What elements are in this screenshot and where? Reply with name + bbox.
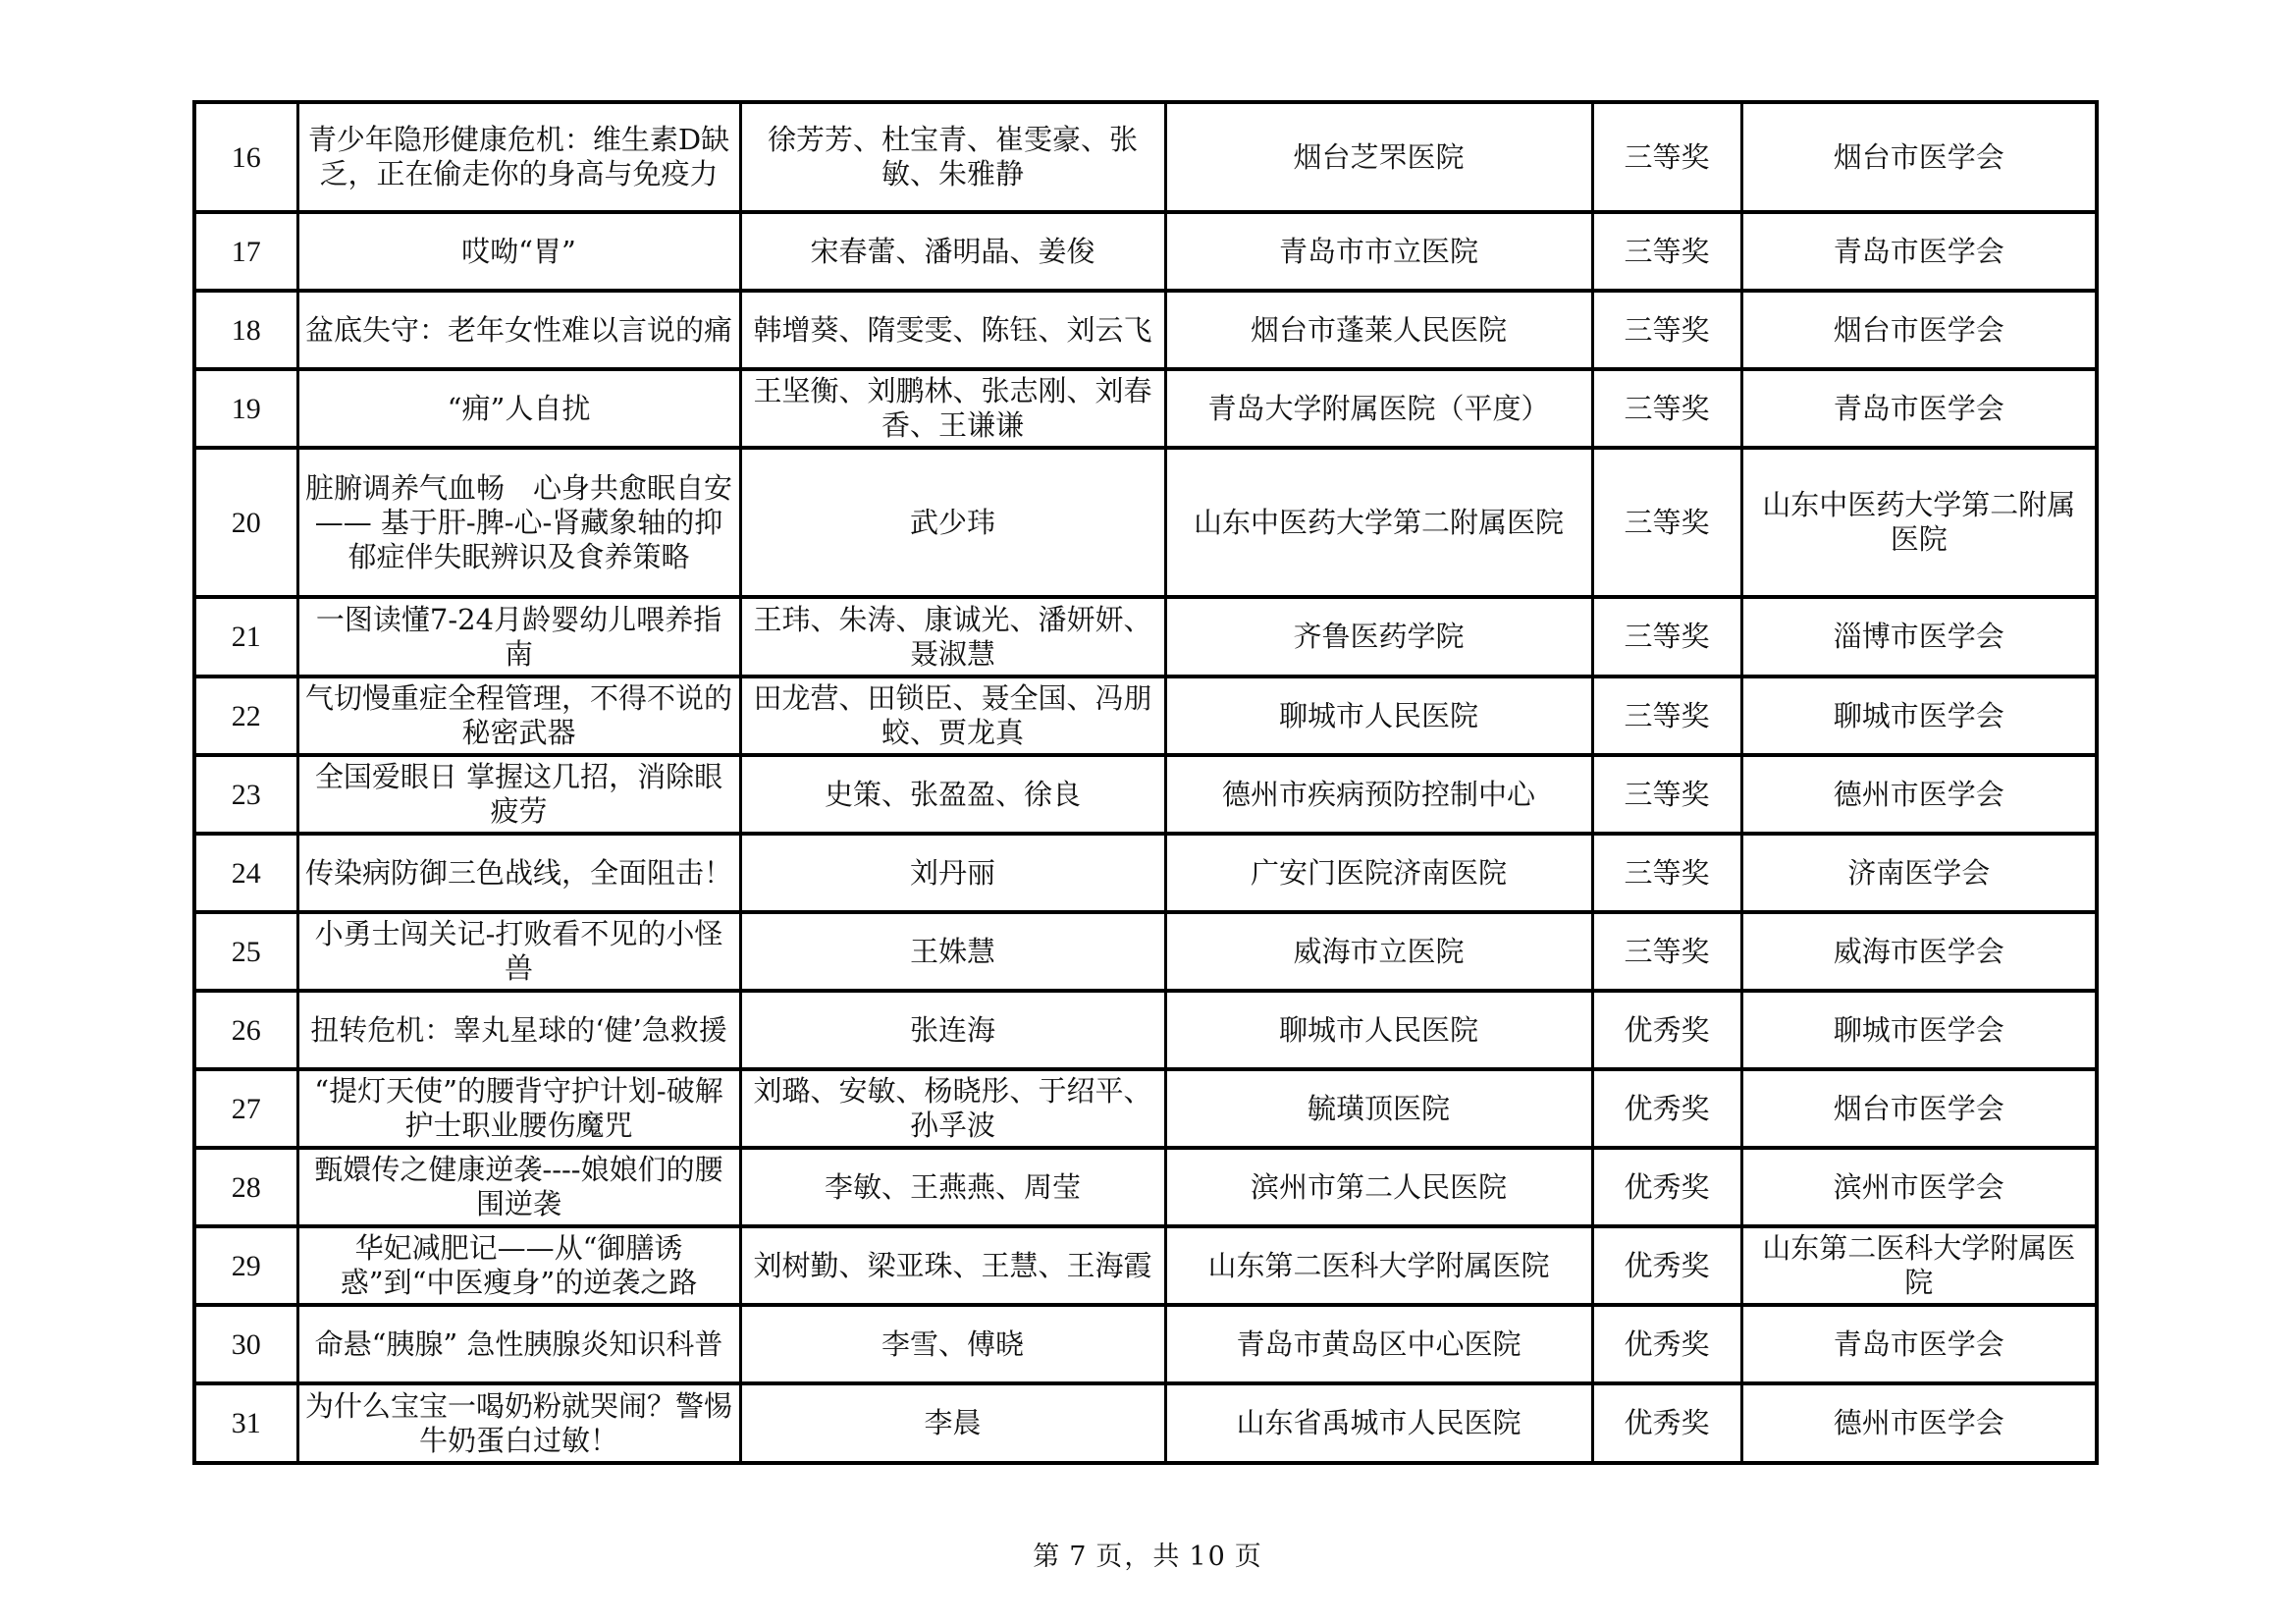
row-number: 17 [194,212,297,291]
organization: 德州市疾病预防控制中心 [1165,755,1592,834]
recommending-unit: 烟台市医学会 [1741,1069,2097,1148]
authors: 刘丹丽 [740,834,1165,912]
work-title: 传染病防御三色战线，全面阻击！ [297,834,740,912]
award-level: 优秀奖 [1592,1305,1741,1383]
recommending-unit: 烟台市医学会 [1741,102,2097,212]
row-number: 18 [194,291,297,369]
recommending-unit: 淄博市医学会 [1741,597,2097,677]
row-number: 28 [194,1148,297,1226]
organization: 山东省禹城市人民医院 [1165,1383,1592,1463]
authors: 张连海 [740,991,1165,1069]
award-level: 三等奖 [1592,448,1741,597]
row-number: 21 [194,597,297,677]
table-row: 24 传染病防御三色战线，全面阻击！ 刘丹丽 广安门医院济南医院 三等奖 济南医… [194,834,2097,912]
recommending-unit: 青岛市医学会 [1741,1305,2097,1383]
row-number: 31 [194,1383,297,1463]
organization: 齐鲁医药学院 [1165,597,1592,677]
organization: 山东第二医科大学附属医院 [1165,1226,1592,1305]
recommending-unit: 德州市医学会 [1741,755,2097,834]
work-title: 全国爱眼日 掌握这几招，消除眼疲劳 [297,755,740,834]
recommending-unit: 威海市医学会 [1741,912,2097,991]
organization: 广安门医院济南医院 [1165,834,1592,912]
work-title: 气切慢重症全程管理，不得不说的秘密武器 [297,677,740,755]
authors: 徐芳芳、杜宝青、崔雯豪、张敏、朱雅静 [740,102,1165,212]
total-pages-number: 10 [1189,1542,1226,1572]
authors: 刘璐、安敏、杨晓彤、于绍平、孙孚波 [740,1069,1165,1148]
award-level: 三等奖 [1592,212,1741,291]
page-footer: 第7页，共10页 [0,1540,2296,1575]
award-level: 优秀奖 [1592,1069,1741,1148]
table-row: 25 小勇士闯关记-打败看不见的小怪兽 王姝慧 威海市立医院 三等奖 威海市医学… [194,912,2097,991]
work-title: 为什么宝宝一喝奶粉就哭闹？警惕牛奶蛋白过敏！ [297,1383,740,1463]
award-level: 三等奖 [1592,677,1741,755]
table-row: 26 扭转危机：睾丸星球的‘健’急救援 张连海 聊城市人民医院 优秀奖 聊城市医… [194,991,2097,1069]
organization: 烟台芝罘医院 [1165,102,1592,212]
table-row: 31 为什么宝宝一喝奶粉就哭闹？警惕牛奶蛋白过敏！ 李晨 山东省禹城市人民医院 … [194,1383,2097,1463]
work-title: “痈”人自扰 [297,369,740,448]
page-suffix: 页 [1235,1542,1263,1572]
award-level: 三等奖 [1592,912,1741,991]
table-row: 30 命悬“胰腺” 急性胰腺炎知识科普 李雪、傅晓 青岛市黄岛区中心医院 优秀奖… [194,1305,2097,1383]
row-number: 23 [194,755,297,834]
authors: 宋春蕾、潘明晶、姜俊 [740,212,1165,291]
award-level: 优秀奖 [1592,1226,1741,1305]
organization: 烟台市蓬莱人民医院 [1165,291,1592,369]
award-level: 三等奖 [1592,755,1741,834]
award-level: 三等奖 [1592,834,1741,912]
recommending-unit: 聊城市医学会 [1741,677,2097,755]
authors: 李敏、王燕燕、周莹 [740,1148,1165,1226]
organization: 青岛市市立医院 [1165,212,1592,291]
table-row: 16 青少年隐形健康危机：维生素D缺乏，正在偷走你的身高与免疫力 徐芳芳、杜宝青… [194,102,2097,212]
row-number: 16 [194,102,297,212]
organization: 威海市立医院 [1165,912,1592,991]
award-level: 三等奖 [1592,597,1741,677]
table-row: 17 哎呦“胃” 宋春蕾、潘明晶、姜俊 青岛市市立医院 三等奖 青岛市医学会 [194,212,2097,291]
work-title: 哎呦“胃” [297,212,740,291]
organization: 青岛市黄岛区中心医院 [1165,1305,1592,1383]
organization: 滨州市第二人民医院 [1165,1148,1592,1226]
table-row: 27 “提灯天使”的腰背守护计划-破解护士职业腰伤魔咒 刘璐、安敏、杨晓彤、于绍… [194,1069,2097,1148]
table-row: 19 “痈”人自扰 王坚衡、刘鹏林、张志刚、刘春香、王谦谦 青岛大学附属医院（平… [194,369,2097,448]
work-title: 盆底失守：老年女性难以言说的痛 [297,291,740,369]
table-row: 18 盆底失守：老年女性难以言说的痛 韩增葵、隋雯雯、陈钰、刘云飞 烟台市蓬莱人… [194,291,2097,369]
row-number: 19 [194,369,297,448]
work-title: 一图读懂7-24月龄婴幼儿喂养指南 [297,597,740,677]
row-number: 22 [194,677,297,755]
organization: 聊城市人民医院 [1165,991,1592,1069]
recommending-unit: 山东第二医科大学附属医院 [1741,1226,2097,1305]
work-title: 华妃减肥记——从“御膳诱惑”到“中医瘦身”的逆袭之路 [297,1226,740,1305]
authors: 李雪、傅晓 [740,1305,1165,1383]
table-row: 20 脏腑调养气血畅 心身共愈眠自安—— 基于肝-脾-心-肾藏象轴的抑郁症伴失眠… [194,448,2097,597]
authors: 武少玮 [740,448,1165,597]
organization: 青岛大学附属医院（平度） [1165,369,1592,448]
recommending-unit: 烟台市医学会 [1741,291,2097,369]
row-number: 20 [194,448,297,597]
authors: 王坚衡、刘鹏林、张志刚、刘春香、王谦谦 [740,369,1165,448]
row-number: 27 [194,1069,297,1148]
award-level: 三等奖 [1592,369,1741,448]
table-row: 29 华妃减肥记——从“御膳诱惑”到“中医瘦身”的逆袭之路 刘树勤、梁亚珠、王慧… [194,1226,2097,1305]
work-title: 青少年隐形健康危机：维生素D缺乏，正在偷走你的身高与免疫力 [297,102,740,212]
organization: 山东中医药大学第二附属医院 [1165,448,1592,597]
work-title: “提灯天使”的腰背守护计划-破解护士职业腰伤魔咒 [297,1069,740,1148]
award-level: 三等奖 [1592,291,1741,369]
row-number: 24 [194,834,297,912]
recommending-unit: 济南医学会 [1741,834,2097,912]
authors: 刘树勤、梁亚珠、王慧、王海霞 [740,1226,1165,1305]
organization: 毓璜顶医院 [1165,1069,1592,1148]
table-row: 23 全国爱眼日 掌握这几招，消除眼疲劳 史策、张盈盈、徐良 德州市疾病预防控制… [194,755,2097,834]
table-row: 21 一图读懂7-24月龄婴幼儿喂养指南 王玮、朱涛、康诚光、潘妍妍、聂淑慧 齐… [194,597,2097,677]
recommending-unit: 青岛市医学会 [1741,369,2097,448]
current-page-number: 7 [1069,1542,1088,1572]
table-row: 22 气切慢重症全程管理，不得不说的秘密武器 田龙营、田锁臣、聂全国、冯朋蛟、贾… [194,677,2097,755]
authors: 史策、张盈盈、徐良 [740,755,1165,834]
authors: 李晨 [740,1383,1165,1463]
work-title: 脏腑调养气血畅 心身共愈眠自安—— 基于肝-脾-心-肾藏象轴的抑郁症伴失眠辨识及… [297,448,740,597]
recommending-unit: 德州市医学会 [1741,1383,2097,1463]
table-row: 28 甄嬛传之健康逆袭----娘娘们的腰围逆袭 李敏、王燕燕、周莹 滨州市第二人… [194,1148,2097,1226]
organization: 聊城市人民医院 [1165,677,1592,755]
award-level: 优秀奖 [1592,1148,1741,1226]
row-number: 25 [194,912,297,991]
recommending-unit: 青岛市医学会 [1741,212,2097,291]
page-middle: 页，共 [1095,1542,1181,1572]
recommending-unit: 山东中医药大学第二附属医院 [1741,448,2097,597]
award-level: 优秀奖 [1592,1383,1741,1463]
authors: 王姝慧 [740,912,1165,991]
row-number: 26 [194,991,297,1069]
page-prefix: 第 [1033,1542,1061,1572]
authors: 田龙营、田锁臣、聂全国、冯朋蛟、贾龙真 [740,677,1165,755]
recommending-unit: 聊城市医学会 [1741,991,2097,1069]
authors: 王玮、朱涛、康诚光、潘妍妍、聂淑慧 [740,597,1165,677]
award-level: 优秀奖 [1592,991,1741,1069]
row-number: 29 [194,1226,297,1305]
authors: 韩增葵、隋雯雯、陈钰、刘云飞 [740,291,1165,369]
award-level: 三等奖 [1592,102,1741,212]
award-table-body: 16 青少年隐形健康危机：维生素D缺乏，正在偷走你的身高与免疫力 徐芳芳、杜宝青… [194,102,2097,1463]
row-number: 30 [194,1305,297,1383]
work-title: 甄嬛传之健康逆袭----娘娘们的腰围逆袭 [297,1148,740,1226]
work-title: 扭转危机：睾丸星球的‘健’急救援 [297,991,740,1069]
recommending-unit: 滨州市医学会 [1741,1148,2097,1226]
award-results-table: 16 青少年隐形健康危机：维生素D缺乏，正在偷走你的身高与免疫力 徐芳芳、杜宝青… [192,100,2099,1465]
work-title: 命悬“胰腺” 急性胰腺炎知识科普 [297,1305,740,1383]
work-title: 小勇士闯关记-打败看不见的小怪兽 [297,912,740,991]
